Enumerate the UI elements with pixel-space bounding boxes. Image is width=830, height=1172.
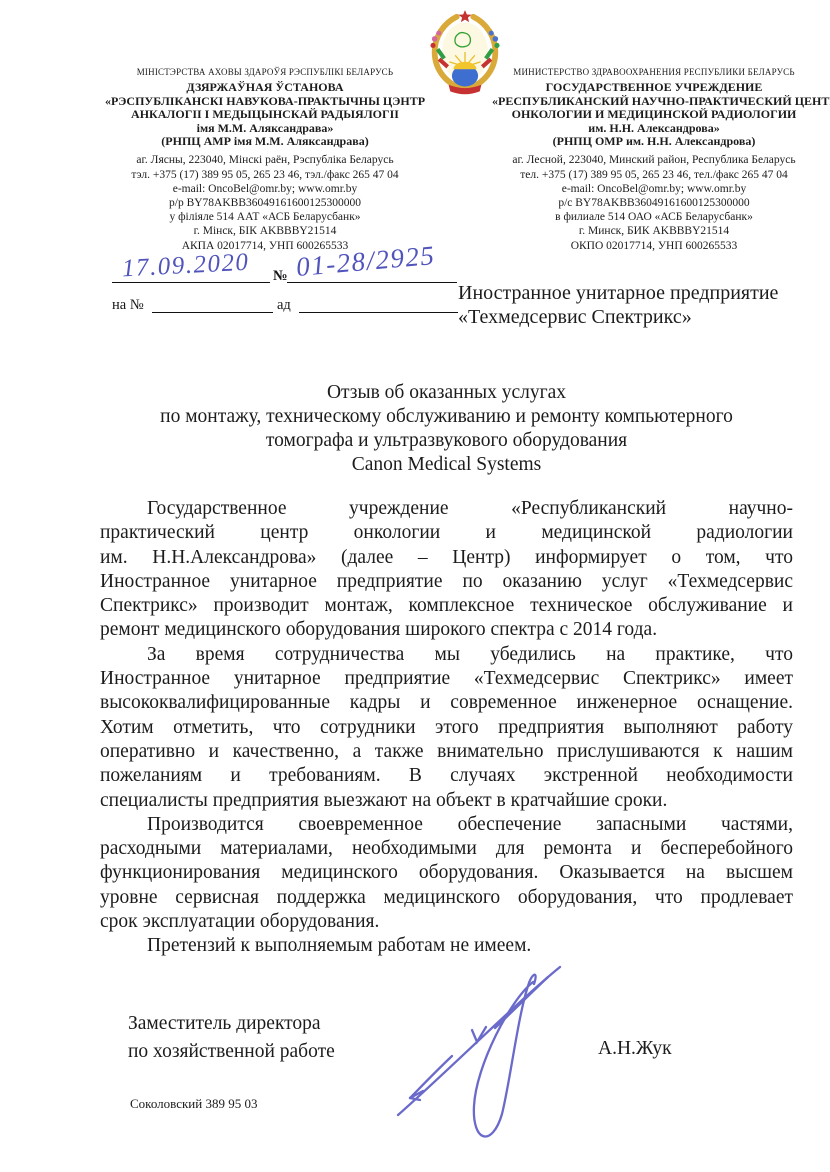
- body-line: Спектрикс» производит монтаж, комплексно…: [100, 594, 793, 618]
- body-line: специалисты предприятия выезжают на объе…: [100, 789, 793, 813]
- text-line: Иностранное унитарное предприятие: [458, 282, 803, 306]
- organization-address-by: аг. Лясны, 223040, Мінскі раён, Рэспублі…: [96, 153, 434, 252]
- body-line: Производится своевременное обеспечение з…: [100, 813, 793, 837]
- paragraph: Государственное учреждение «Республиканс…: [100, 497, 793, 643]
- text-line: (РНПЦ АМР імя М.М. Аляксандрава): [96, 135, 434, 148]
- body-line: Иностранное унитарное предприятие по ока…: [100, 570, 793, 594]
- body-line: За время сотрудничества мы убедились на …: [100, 643, 793, 667]
- text-line: ОНКОЛОГИИ И МЕДИЦИНСКОЙ РАДИОЛОГИИ: [492, 108, 816, 121]
- text-line: e-mail: OncoBel@omr.by; www.omr.by: [492, 182, 816, 196]
- body-line: функционирования медицинского оборудован…: [100, 861, 793, 885]
- text-line: ДЗЯРЖАЎНАЯ ЎСТАНОВА: [96, 81, 434, 94]
- text-line: імя М.М. Аляксандрава»: [96, 122, 434, 135]
- text-line: томографа и ультразвукового оборудования: [100, 429, 793, 453]
- text-line: «Техмедсервис Спектрикс»: [458, 306, 803, 330]
- ministry-line-by: МІНІСТЭРСТВА АХОВЫ ЗДАРОЎЯ РЭСПУБЛІКІ БЕ…: [96, 66, 434, 79]
- text-line: Заместитель директора: [128, 1010, 335, 1038]
- text-line: в филиале 514 ОАО «АСБ Беларусбанк»: [492, 210, 816, 224]
- body-line: пожеланиям и требованиям. В случаях экст…: [100, 764, 793, 788]
- number-underline: [287, 264, 457, 283]
- organization-address-ru: аг. Лесной, 223040, Минский район, Респу…: [492, 153, 816, 252]
- executor-contact: Соколовский 389 95 03: [130, 1096, 257, 1112]
- text-line: г. Мінск, БІК AKBBBY21514: [96, 224, 434, 238]
- body-line: Иностранное унитарное предприятие «Техме…: [100, 667, 793, 691]
- header-right-russian: МИНИСТЕРСТВО ЗДРАВООХРАНЕНИЯ РЕСПУБЛИКИ …: [492, 66, 816, 253]
- number-label: №: [273, 268, 288, 285]
- body-line: практический центр онкологии и медицинск…: [100, 521, 793, 545]
- reply-from-label: ад: [277, 297, 291, 314]
- text-line: АНКАЛОГІІ І МЕДЫЦЫНСКАЙ РАДЫЯЛОГІІ: [96, 108, 434, 121]
- paragraph: Производится своевременное обеспечение з…: [100, 813, 793, 934]
- text-line: аг. Лясны, 223040, Мінскі раён, Рэспублі…: [96, 153, 434, 167]
- text-line: ОКПО 02017714, УНП 600265533: [492, 239, 816, 253]
- text-line: «РЭСПУБЛІКАНСКІ НАВУКОВА-ПРАКТЫЧНЫ ЦЭНТР: [96, 95, 434, 108]
- header-left-belarusian: МІНІСТЭРСТВА АХОВЫ ЗДАРОЎЯ РЭСПУБЛІКІ БЕ…: [96, 66, 434, 253]
- reply-date-underline: [299, 294, 458, 313]
- body-line: Претензий к выполняемым работам не имеем…: [100, 934, 793, 958]
- body-line: Хотим отметить, что сотрудники этого пре…: [100, 716, 793, 740]
- ministry-line-ru: МИНИСТЕРСТВО ЗДРАВООХРАНЕНИЯ РЕСПУБЛИКИ …: [492, 66, 816, 79]
- body-line: оперативно и качественно, а также внимат…: [100, 740, 793, 764]
- reply-to-number-label: на №: [112, 297, 144, 314]
- body-line: уровне сервисная поддержка медицинского …: [100, 886, 793, 910]
- text-line: ГОСУДАРСТВЕННОЕ УЧРЕЖДЕНИЕ: [492, 81, 816, 94]
- text-line: e-mail: OncoBel@omr.by; www.omr.by: [96, 182, 434, 196]
- body-line: им. Н.Н.Александрова» (далее – Центр) ин…: [100, 546, 793, 570]
- text-line: им. Н.Н. Александрова»: [492, 122, 816, 135]
- recipient-block: Иностранное унитарное предприятие«Техмед…: [458, 282, 803, 329]
- organization-name-by: ДЗЯРЖАЎНАЯ ЎСТАНОВА«РЭСПУБЛІКАНСКІ НАВУК…: [96, 81, 434, 148]
- body-line: расходными материалами, необходимыми для…: [100, 837, 793, 861]
- text-line: аг. Лесной, 223040, Минский район, Респу…: [492, 153, 816, 167]
- text-line: у філіяле 514 ААТ «АСБ Беларусбанк»: [96, 210, 434, 224]
- signer-name: А.Н.Жук: [598, 1038, 672, 1060]
- text-line: р/р BY78AKBB36049161600125300000: [96, 196, 434, 210]
- text-line: тел. +375 (17) 389 95 05, 265 23 46, тел…: [492, 168, 816, 182]
- body-line: ремонт медицинского оборудования широког…: [100, 618, 793, 642]
- body-line: Государственное учреждение «Республиканс…: [100, 497, 793, 521]
- signer-position: Заместитель директорапо хозяйственной ра…: [128, 1010, 335, 1066]
- letter-body: Государственное учреждение «Республиканс…: [100, 497, 793, 959]
- text-line: р/с BY78AKBB36049161600125300000: [492, 196, 816, 210]
- handwritten-signature: [388, 956, 573, 1161]
- text-line: Отзыв об оказанных услугах: [100, 381, 793, 405]
- text-line: Canon Medical Systems: [100, 453, 793, 477]
- body-line: высококвалифицированные кадры и современ…: [100, 691, 793, 715]
- text-line: по хозяйственной работе: [128, 1038, 335, 1066]
- organization-name-ru: ГОСУДАРСТВЕННОЕ УЧРЕЖДЕНИЕ«РЕСПУБЛИКАНСК…: [492, 81, 816, 148]
- reply-number-underline: [152, 294, 273, 313]
- date-underline: [112, 264, 270, 283]
- text-line: г. Минск, БИК AKBBBY21514: [492, 224, 816, 238]
- document-title: Отзыв об оказанных услугахпо монтажу, те…: [100, 381, 793, 477]
- text-line: по монтажу, техническому обслуживанию и …: [100, 405, 793, 429]
- paragraph: За время сотрудничества мы убедились на …: [100, 643, 793, 813]
- text-line: «РЕСПУБЛИКАНСКИЙ НАУЧНО-ПРАКТИЧЕСКИЙ ЦЕН…: [492, 95, 816, 108]
- letter-document: МІНІСТЭРСТВА АХОВЫ ЗДАРОЎЯ РЭСПУБЛІКІ БЕ…: [0, 0, 830, 1172]
- text-line: (РНПЦ ОМР им. Н.Н. Александрова): [492, 135, 816, 148]
- paragraph: Претензий к выполняемым работам не имеем…: [100, 934, 793, 958]
- body-line: срок эксплуатации оборудования.: [100, 910, 793, 934]
- text-line: тэл. +375 (17) 389 95 05, 265 23 46, тэл…: [96, 168, 434, 182]
